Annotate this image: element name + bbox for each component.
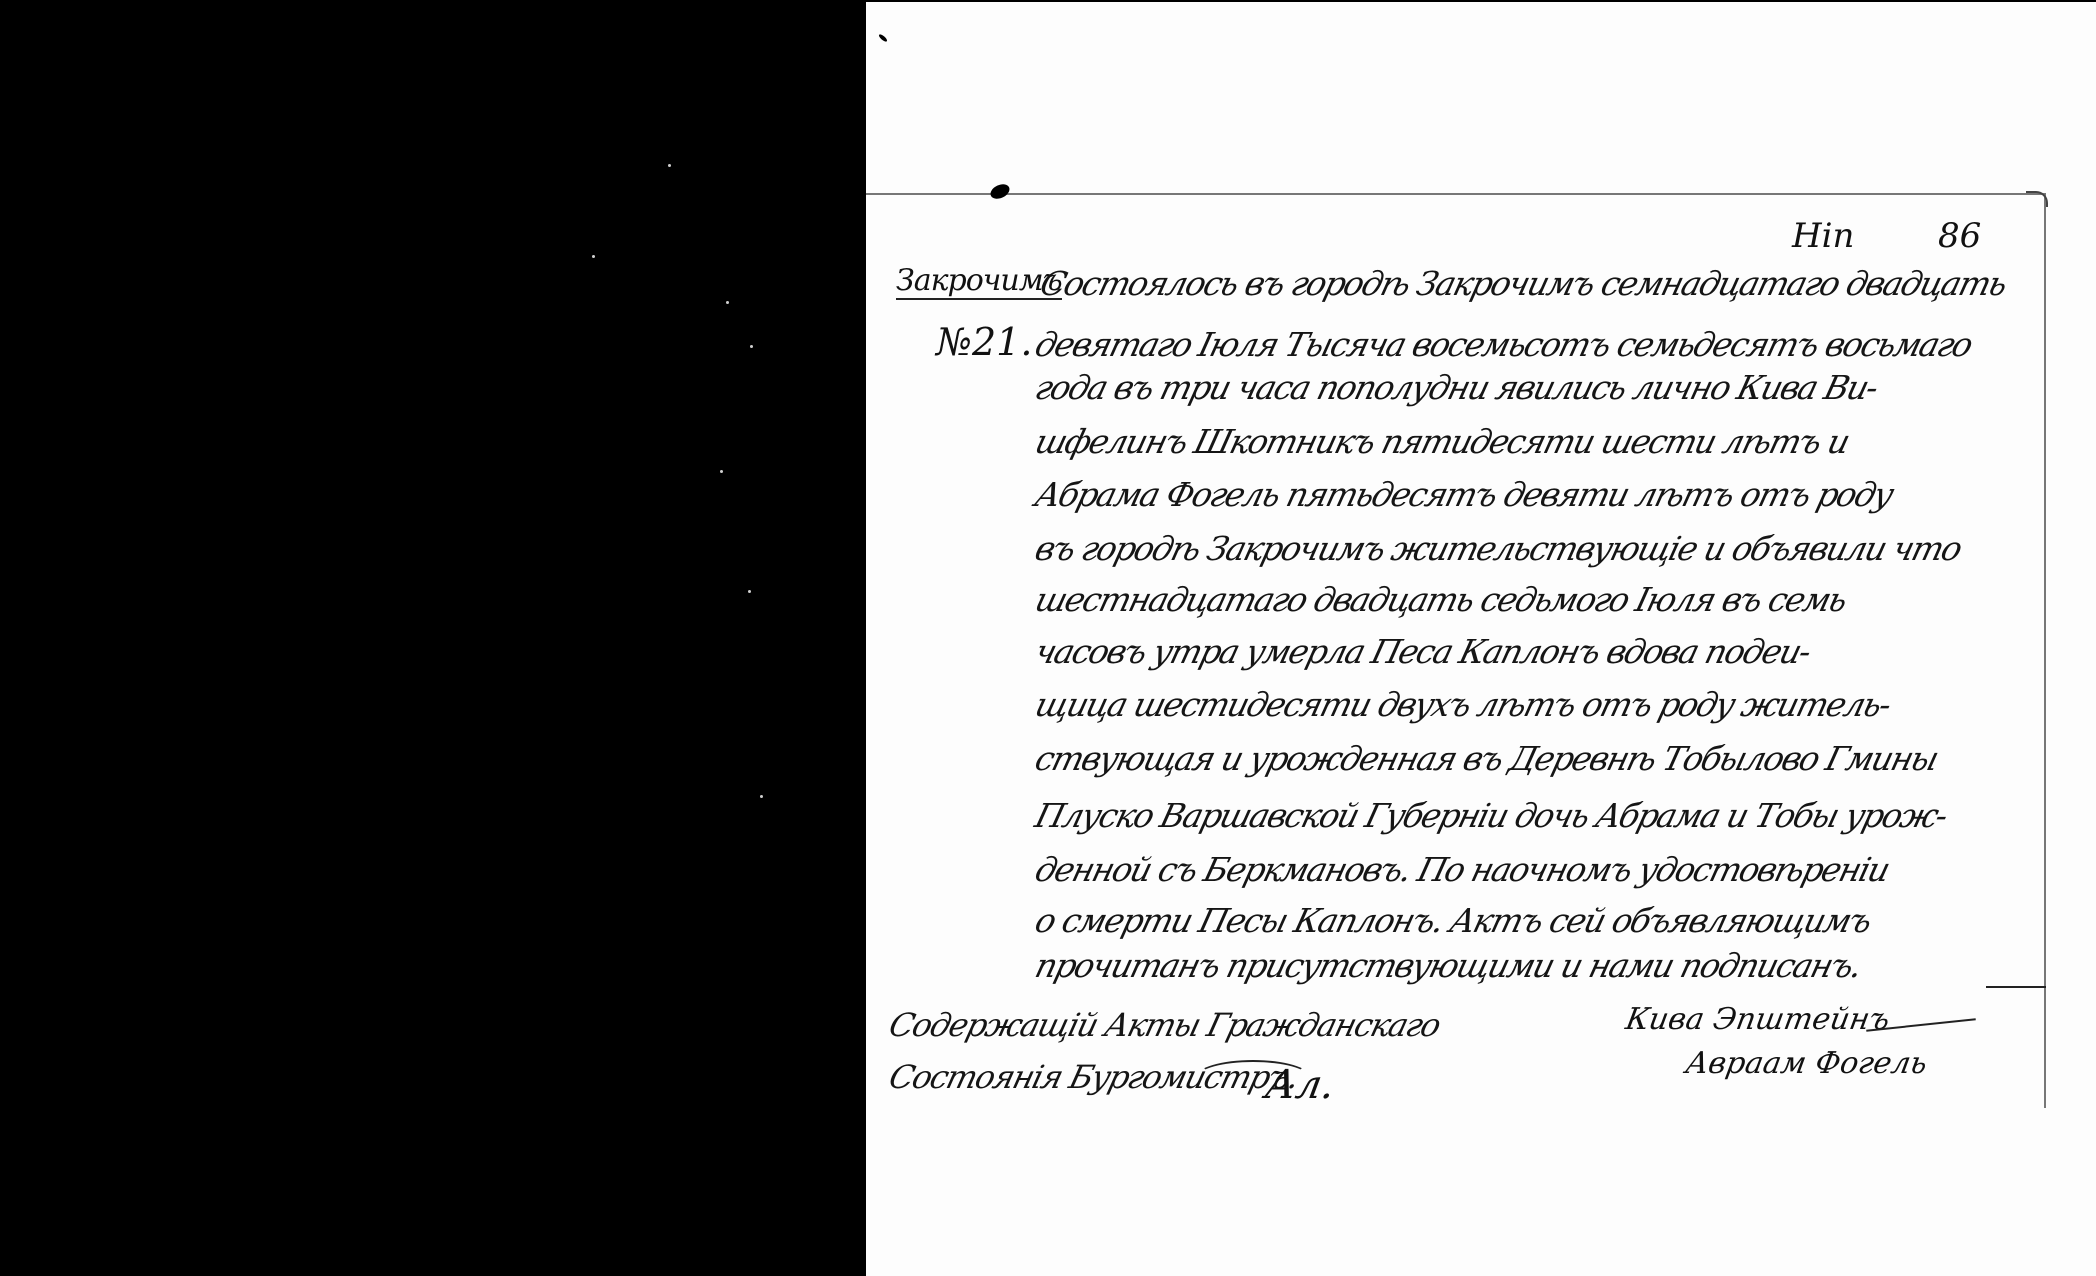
text-line: Состоялось въ городѣ Закрочимъ семнадцат… (1036, 264, 2046, 304)
margin-town: Закрочимъ (896, 264, 1062, 300)
text-line: девятаго Іюля Тысяча восемьсотъ семьдеся… (1031, 325, 2041, 365)
text-line: о смерти Песы Каплонъ. Актъ сей объявляю… (1031, 901, 2041, 941)
ink-blot (988, 181, 1012, 201)
witness-signature-2: Авраам Фогель (1683, 1046, 1930, 1081)
text-line: часовъ утра умерла Песа Каплонъ вдова по… (1031, 632, 2041, 672)
text-line: денной съ Беркмановъ. По наочномъ удосто… (1031, 850, 2041, 890)
document-page: Hin 86 Закрочимъ №21. Состоялось въ горо… (866, 2, 2096, 1276)
signature-flourish (1196, 1060, 1310, 1094)
registrar-title-line1: Содержащій Акты Гражданскаго (885, 1006, 1443, 1044)
folio-number: 86 (1938, 216, 1981, 256)
text-line: Абрама Фогель пятьдесятъ девяти лѣтъ отъ… (1031, 475, 2041, 515)
text-line: ствующая и урожденная въ Деревнѣ Тобылов… (1031, 739, 2041, 779)
text-line: Плуско Варшавской Губерніи дочь Абрама и… (1031, 796, 2041, 836)
end-dash (1986, 986, 2046, 988)
folio-note: Hin (1792, 216, 1854, 256)
ink-mark (878, 33, 888, 42)
text-line: шестнадцатаго двадцать седьмого Іюля въ … (1031, 580, 2041, 620)
witness-signature-1: Кива Эпштейнъ (1623, 1002, 1893, 1037)
frame-right-border (2044, 193, 2046, 1108)
text-line: прочитанъ присутствующими и нами подписа… (1031, 946, 2041, 986)
text-line: шфелинъ Шкотникъ пятидесяти шести лѣтъ и (1031, 422, 2041, 462)
text-line: года въ три часа пополудни явились лично… (1031, 368, 2041, 408)
margin-record-number: №21. (936, 320, 1032, 364)
top-rule-line (866, 193, 2046, 195)
text-line: въ городѣ Закрочимъ жительствующіе и объ… (1031, 529, 2041, 569)
text-line: щица шестидесяти двухъ лѣтъ отъ роду жит… (1031, 685, 2041, 725)
